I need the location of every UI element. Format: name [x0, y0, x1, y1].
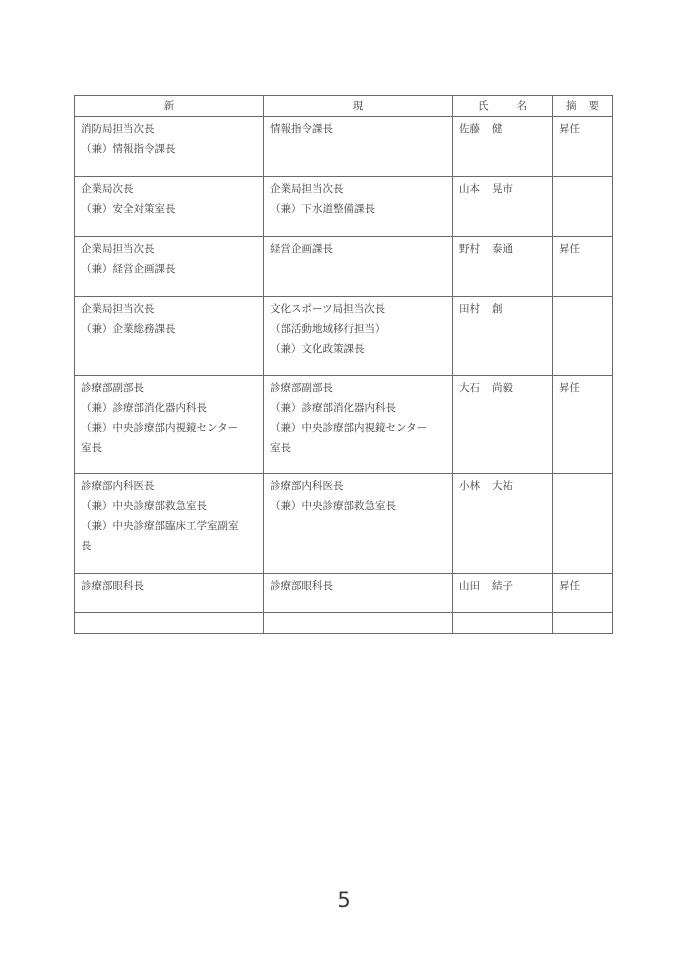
header-name: 氏名	[453, 96, 553, 117]
cell-summary: 昇任	[553, 574, 613, 613]
cell-summary	[553, 613, 613, 634]
table-row: 診療部内科医長 （兼）中央診療部救急室長 （兼）中央診療部臨床工学室副室 長 診…	[75, 474, 613, 574]
new-position-line: 企業局担当次長	[81, 239, 257, 259]
new-position-line: （兼）企業総務課長	[81, 319, 257, 339]
cell-name: 大石尚毅	[453, 376, 553, 474]
header-new-label: 新	[164, 100, 175, 112]
table-header-row: 新 現 氏名 摘要	[75, 96, 613, 117]
cell-summary: 昇任	[553, 237, 613, 297]
table-row-empty	[75, 613, 613, 634]
cell-current: 診療部副部長 （兼）診療部消化器内科長 （兼）中央診療部内視鏡センター 室長	[264, 376, 453, 474]
cell-name: 山田結子	[453, 574, 553, 613]
cell-summary: 昇任	[553, 376, 613, 474]
cell-new: 企業局次長 （兼）安全対策室長	[75, 177, 264, 237]
header-current: 現	[264, 96, 453, 117]
family-name: 佐藤	[459, 119, 480, 139]
new-position-line: 企業局次長	[81, 179, 257, 199]
summary-text: 昇任	[559, 580, 580, 592]
family-name: 小林	[459, 476, 480, 496]
cell-current: 診療部内科医長 （兼）中央診療部救急室長	[264, 474, 453, 574]
cell-name: 小林大祐	[453, 474, 553, 574]
given-name: 健	[492, 119, 503, 139]
header-summary: 摘要	[553, 96, 613, 117]
given-name: 泰通	[492, 239, 513, 259]
cell-current: 診療部眼科長	[264, 574, 453, 613]
new-position-line: 診療部副部長	[81, 378, 257, 398]
header-current-label: 現	[353, 100, 364, 112]
current-position-line: 文化スポーツ局担当次長	[270, 299, 446, 319]
current-position-line: （兼）中央診療部救急室長	[270, 496, 446, 516]
header-name-label-2: 名	[517, 96, 528, 116]
cell-new: 診療部眼科長	[75, 574, 264, 613]
cell-summary	[553, 177, 613, 237]
new-position-line: （兼）診療部消化器内科長	[81, 398, 257, 418]
cell-new: 企業局担当次長 （兼）経営企画課長	[75, 237, 264, 297]
new-position-line: （兼）経営企画課長	[81, 259, 257, 279]
cell-current	[264, 613, 453, 634]
cell-summary: 昇任	[553, 117, 613, 177]
summary-text: 昇任	[559, 382, 580, 394]
cell-summary	[553, 297, 613, 376]
current-position-line: 診療部眼科長	[270, 576, 446, 596]
new-position-line: 長	[81, 536, 257, 556]
given-name: 創	[492, 299, 503, 319]
given-name: 結子	[492, 576, 513, 596]
document-page: 新 現 氏名 摘要 消防局担当次長 （兼）情報指令課長	[0, 0, 680, 961]
new-position-line: 室長	[81, 438, 257, 458]
header-new: 新	[75, 96, 264, 117]
cell-name: 野村泰通	[453, 237, 553, 297]
header-summary-label-1: 摘	[566, 96, 577, 116]
current-position-line: 診療部副部長	[270, 378, 446, 398]
current-position-line: （兼）下水道整備課長	[270, 199, 446, 219]
new-position-line: 診療部眼科長	[81, 576, 257, 596]
cell-summary	[553, 474, 613, 574]
cell-current: 経営企画課長	[264, 237, 453, 297]
table-row: 診療部副部長 （兼）診療部消化器内科長 （兼）中央診療部内視鏡センター 室長 診…	[75, 376, 613, 474]
table-row: 企業局担当次長 （兼）経営企画課長 経営企画課長 野村泰通 昇任	[75, 237, 613, 297]
cell-current: 企業局担当次長 （兼）下水道整備課長	[264, 177, 453, 237]
cell-current: 文化スポーツ局担当次長 （部活動地域移行担当） （兼）文化政策課長	[264, 297, 453, 376]
table-row: 消防局担当次長 （兼）情報指令課長 情報指令課長 佐藤健 昇任	[75, 117, 613, 177]
table-row: 企業局次長 （兼）安全対策室長 企業局担当次長 （兼）下水道整備課長 山本晃市	[75, 177, 613, 237]
family-name: 野村	[459, 239, 480, 259]
family-name: 山本	[459, 179, 480, 199]
current-position-line: （兼）診療部消化器内科長	[270, 398, 446, 418]
current-position-line: （部活動地域移行担当）	[270, 319, 446, 339]
cell-name	[453, 613, 553, 634]
header-name-label-1: 氏	[478, 96, 489, 116]
current-position-line: 経営企画課長	[270, 239, 446, 259]
given-name: 尚毅	[492, 378, 513, 398]
current-position-line: 企業局担当次長	[270, 179, 446, 199]
family-name: 大石	[459, 378, 480, 398]
cell-new	[75, 613, 264, 634]
cell-name: 佐藤健	[453, 117, 553, 177]
current-position-line: （兼）文化政策課長	[270, 339, 446, 359]
current-position-line: 診療部内科医長	[270, 476, 446, 496]
current-position-line: 室長	[270, 438, 446, 458]
cell-new: 消防局担当次長 （兼）情報指令課長	[75, 117, 264, 177]
new-position-line: 消防局担当次長	[81, 119, 257, 139]
personnel-change-table: 新 現 氏名 摘要 消防局担当次長 （兼）情報指令課長	[74, 95, 613, 634]
new-position-line: （兼）情報指令課長	[81, 139, 257, 159]
current-position-line: 情報指令課長	[270, 119, 446, 139]
summary-text: 昇任	[559, 123, 580, 135]
cell-current: 情報指令課長	[264, 117, 453, 177]
cell-new: 企業局担当次長 （兼）企業総務課長	[75, 297, 264, 376]
new-position-line: （兼）中央診療部救急室長	[81, 496, 257, 516]
cell-name: 山本晃市	[453, 177, 553, 237]
cell-name: 田村創	[453, 297, 553, 376]
new-position-line: （兼）中央診療部臨床工学室副室	[81, 516, 257, 536]
cell-new: 診療部副部長 （兼）診療部消化器内科長 （兼）中央診療部内視鏡センター 室長	[75, 376, 264, 474]
new-position-line: 診療部内科医長	[81, 476, 257, 496]
family-name: 田村	[459, 299, 480, 319]
new-position-line: （兼）中央診療部内視鏡センター	[81, 418, 257, 438]
summary-text: 昇任	[559, 243, 580, 255]
table-row: 企業局担当次長 （兼）企業総務課長 文化スポーツ局担当次長 （部活動地域移行担当…	[75, 297, 613, 376]
table-row: 診療部眼科長 診療部眼科長 山田結子 昇任	[75, 574, 613, 613]
family-name: 山田	[459, 576, 480, 596]
page-number: 5	[334, 888, 354, 912]
given-name: 大祐	[492, 476, 513, 496]
current-position-line: （兼）中央診療部内視鏡センター	[270, 418, 446, 438]
new-position-line: （兼）安全対策室長	[81, 199, 257, 219]
given-name: 晃市	[492, 179, 513, 199]
header-summary-label-2: 要	[589, 96, 600, 116]
cell-new: 診療部内科医長 （兼）中央診療部救急室長 （兼）中央診療部臨床工学室副室 長	[75, 474, 264, 574]
new-position-line: 企業局担当次長	[81, 299, 257, 319]
